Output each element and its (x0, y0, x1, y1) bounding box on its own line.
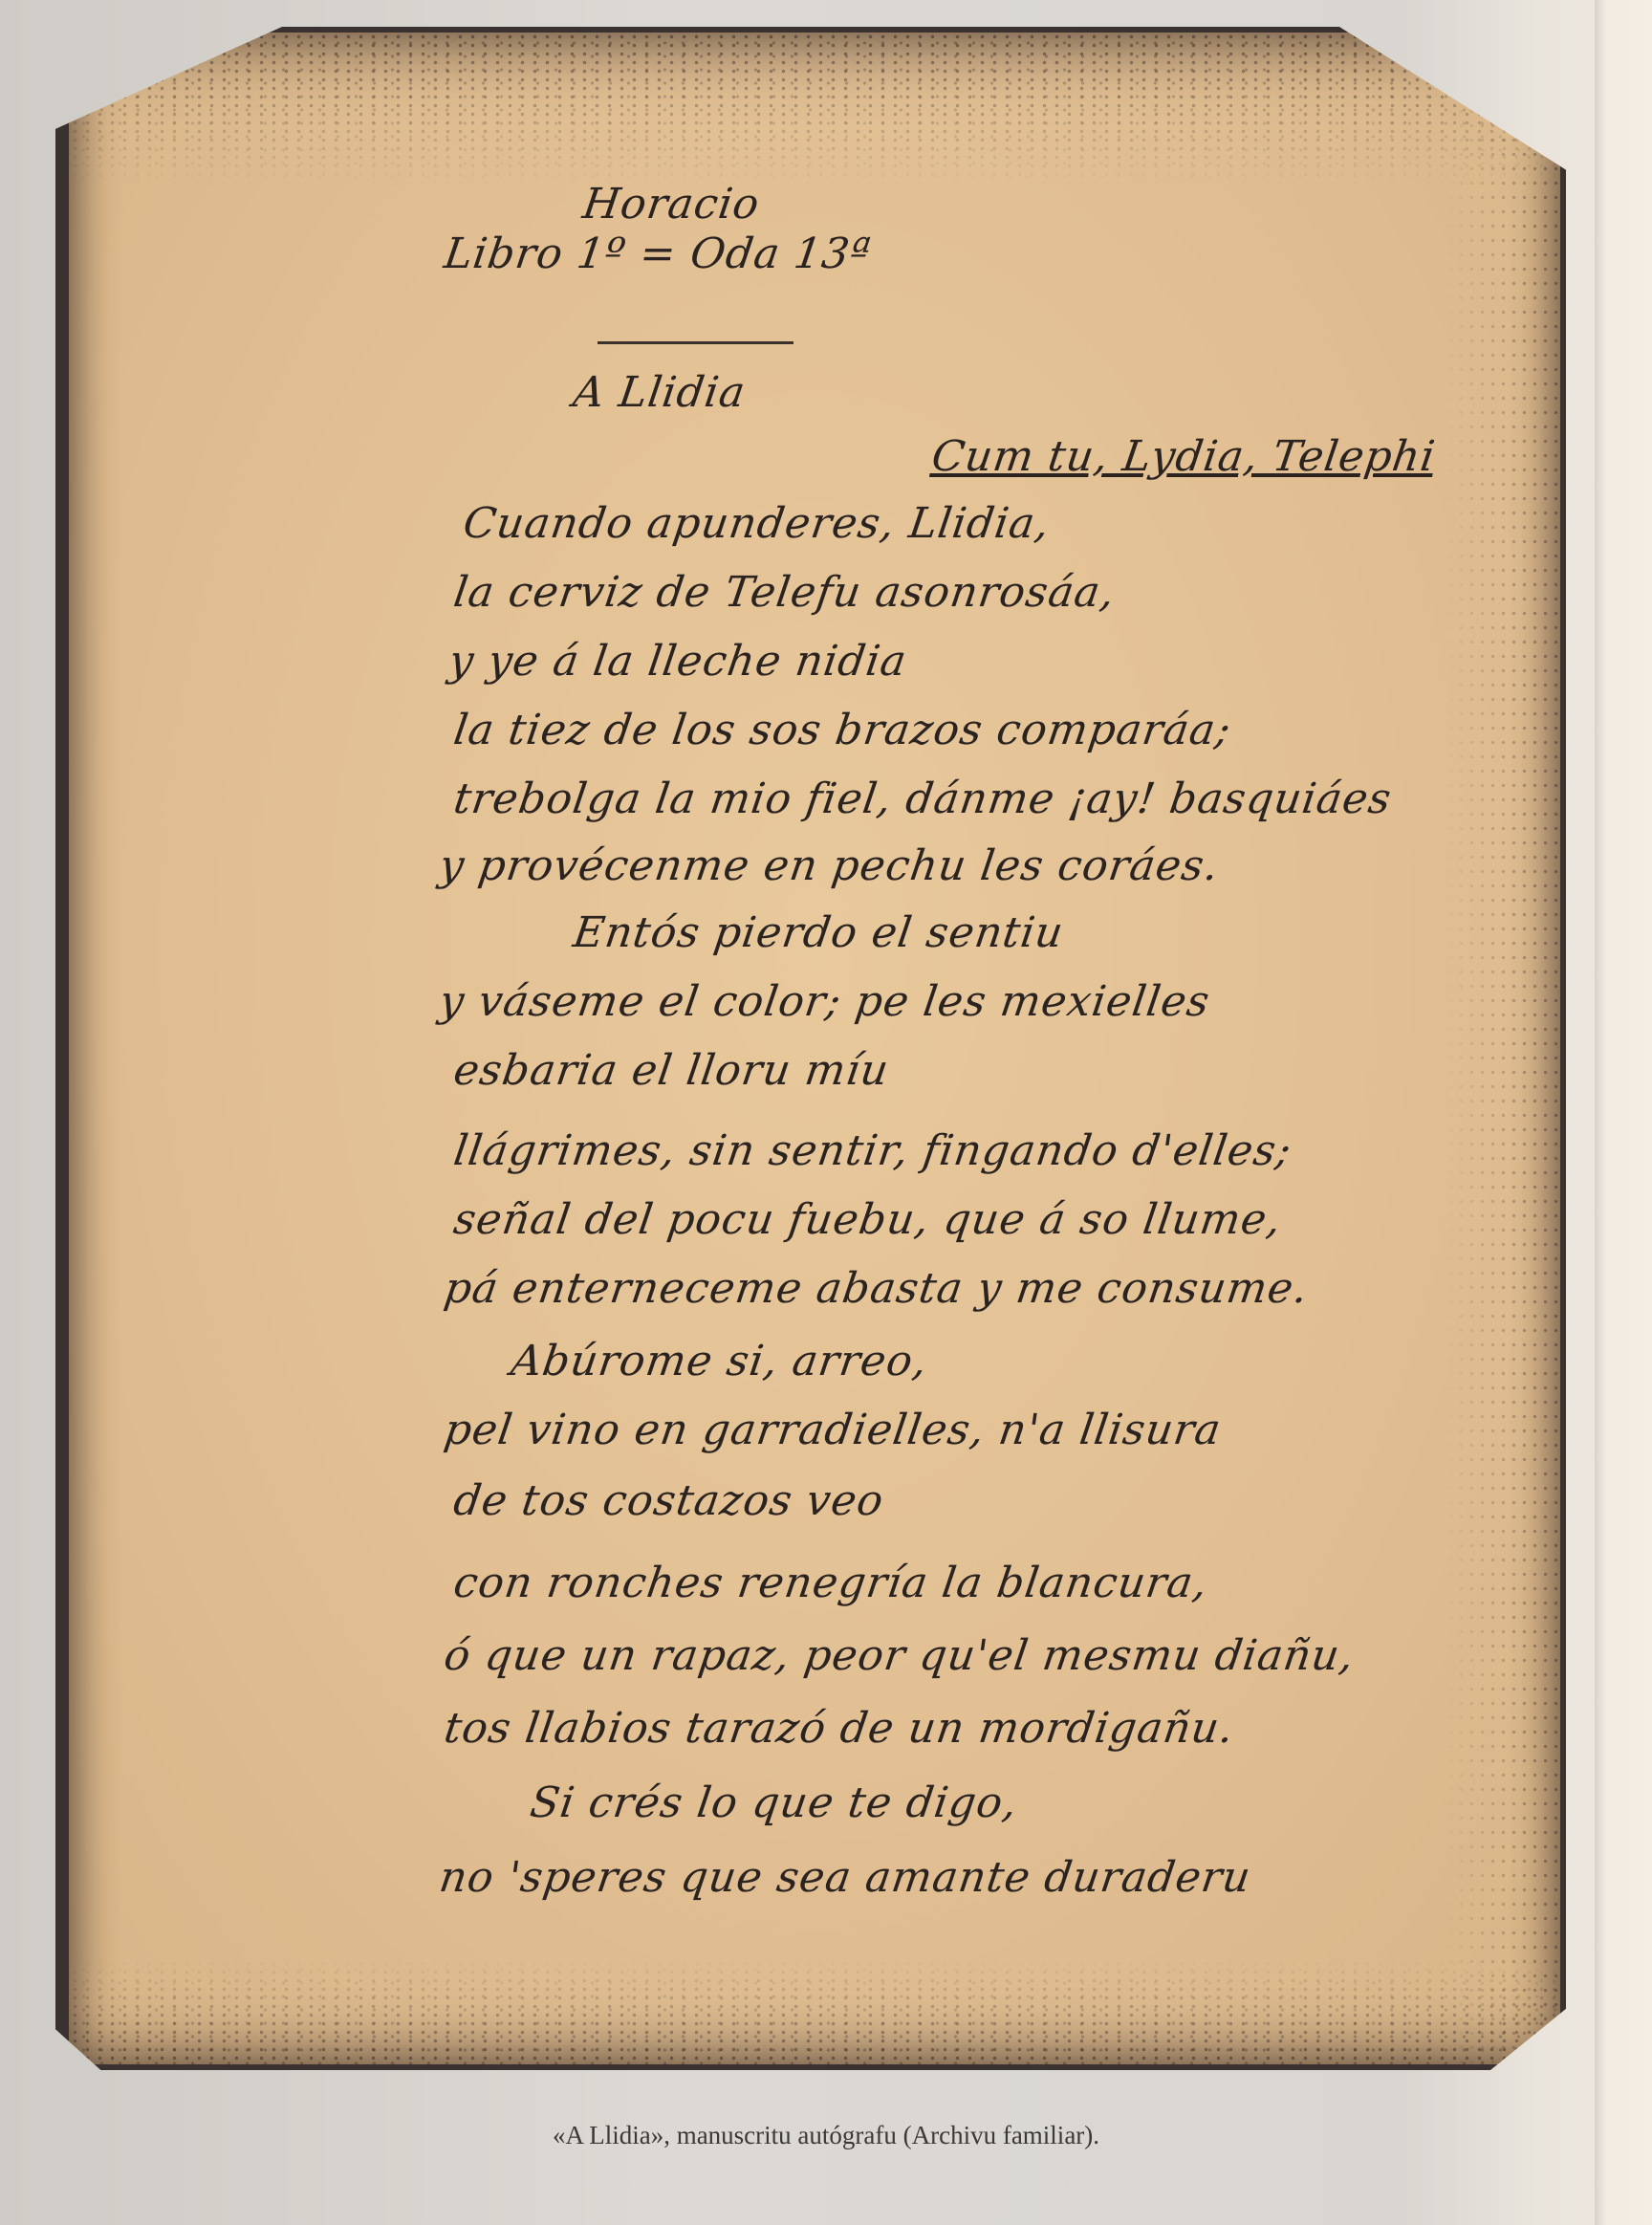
verse-line: señal del pocu fuebu, que á so llume, (450, 1195, 1284, 1244)
verse-line: la cerviz de Telefu asonrosáa, (450, 568, 1118, 617)
speckle-texture-right (1445, 33, 1560, 2064)
speckle-texture-bottom (69, 1959, 1560, 2064)
verse-line: Si crés lo que te digo, (527, 1778, 1020, 1827)
verse-line: Entós pierdo el sentiu (570, 908, 1066, 957)
book-page-edge (1595, 0, 1652, 2225)
verse-line: y ye á la lleche nidia (446, 637, 909, 686)
verse-line: pá enterneceme abasta y me consume. (441, 1264, 1311, 1313)
title-separator-line (598, 341, 793, 344)
verse-line: la tiez de los sos brazos comparáa; (450, 706, 1234, 754)
verse-line: tos llabios tarazó de un mordigañu. (441, 1704, 1237, 1753)
manuscript-author: Horacio (579, 180, 763, 229)
verse-line: de tos costazos veo (450, 1476, 886, 1525)
manuscript-epigraph: Cum tu, Lydia, Telephi (928, 432, 1438, 481)
verse-line: no 'speres que sea amante duraderu (436, 1853, 1253, 1902)
verse-line: trebolga la mio fiel, dánme ¡ay! basquiá… (450, 774, 1394, 823)
verse-line: y provécenme en pechu les coráes. (436, 841, 1222, 890)
verse-line: pel vino en garradielles, n'a llisura (441, 1406, 1224, 1454)
verse-line: esbaria el lloru míu (450, 1046, 892, 1095)
verse-line: llágrimes, sin sentir, fingando d'elles; (450, 1126, 1294, 1175)
verse-line: y váseme el color; pe les mexielles (436, 977, 1212, 1026)
speckle-texture-top (69, 33, 1560, 185)
figure-caption: «A Llidia», manuscritu autógrafu (Archiv… (0, 2121, 1652, 2150)
manuscript-reference: Libro 1º = Oda 13ª (441, 229, 874, 278)
verse-line: Abúrome si, arreo, (508, 1337, 930, 1385)
manuscript-title: A Llidia (570, 368, 749, 417)
verse-line: Cuando apunderes, Llidia, (460, 499, 1053, 548)
verse-line: ó que un rapaz, peor qu'el mesmu diañu, (441, 1631, 1358, 1680)
verse-line: con ronches renegría la blancura, (450, 1559, 1210, 1607)
